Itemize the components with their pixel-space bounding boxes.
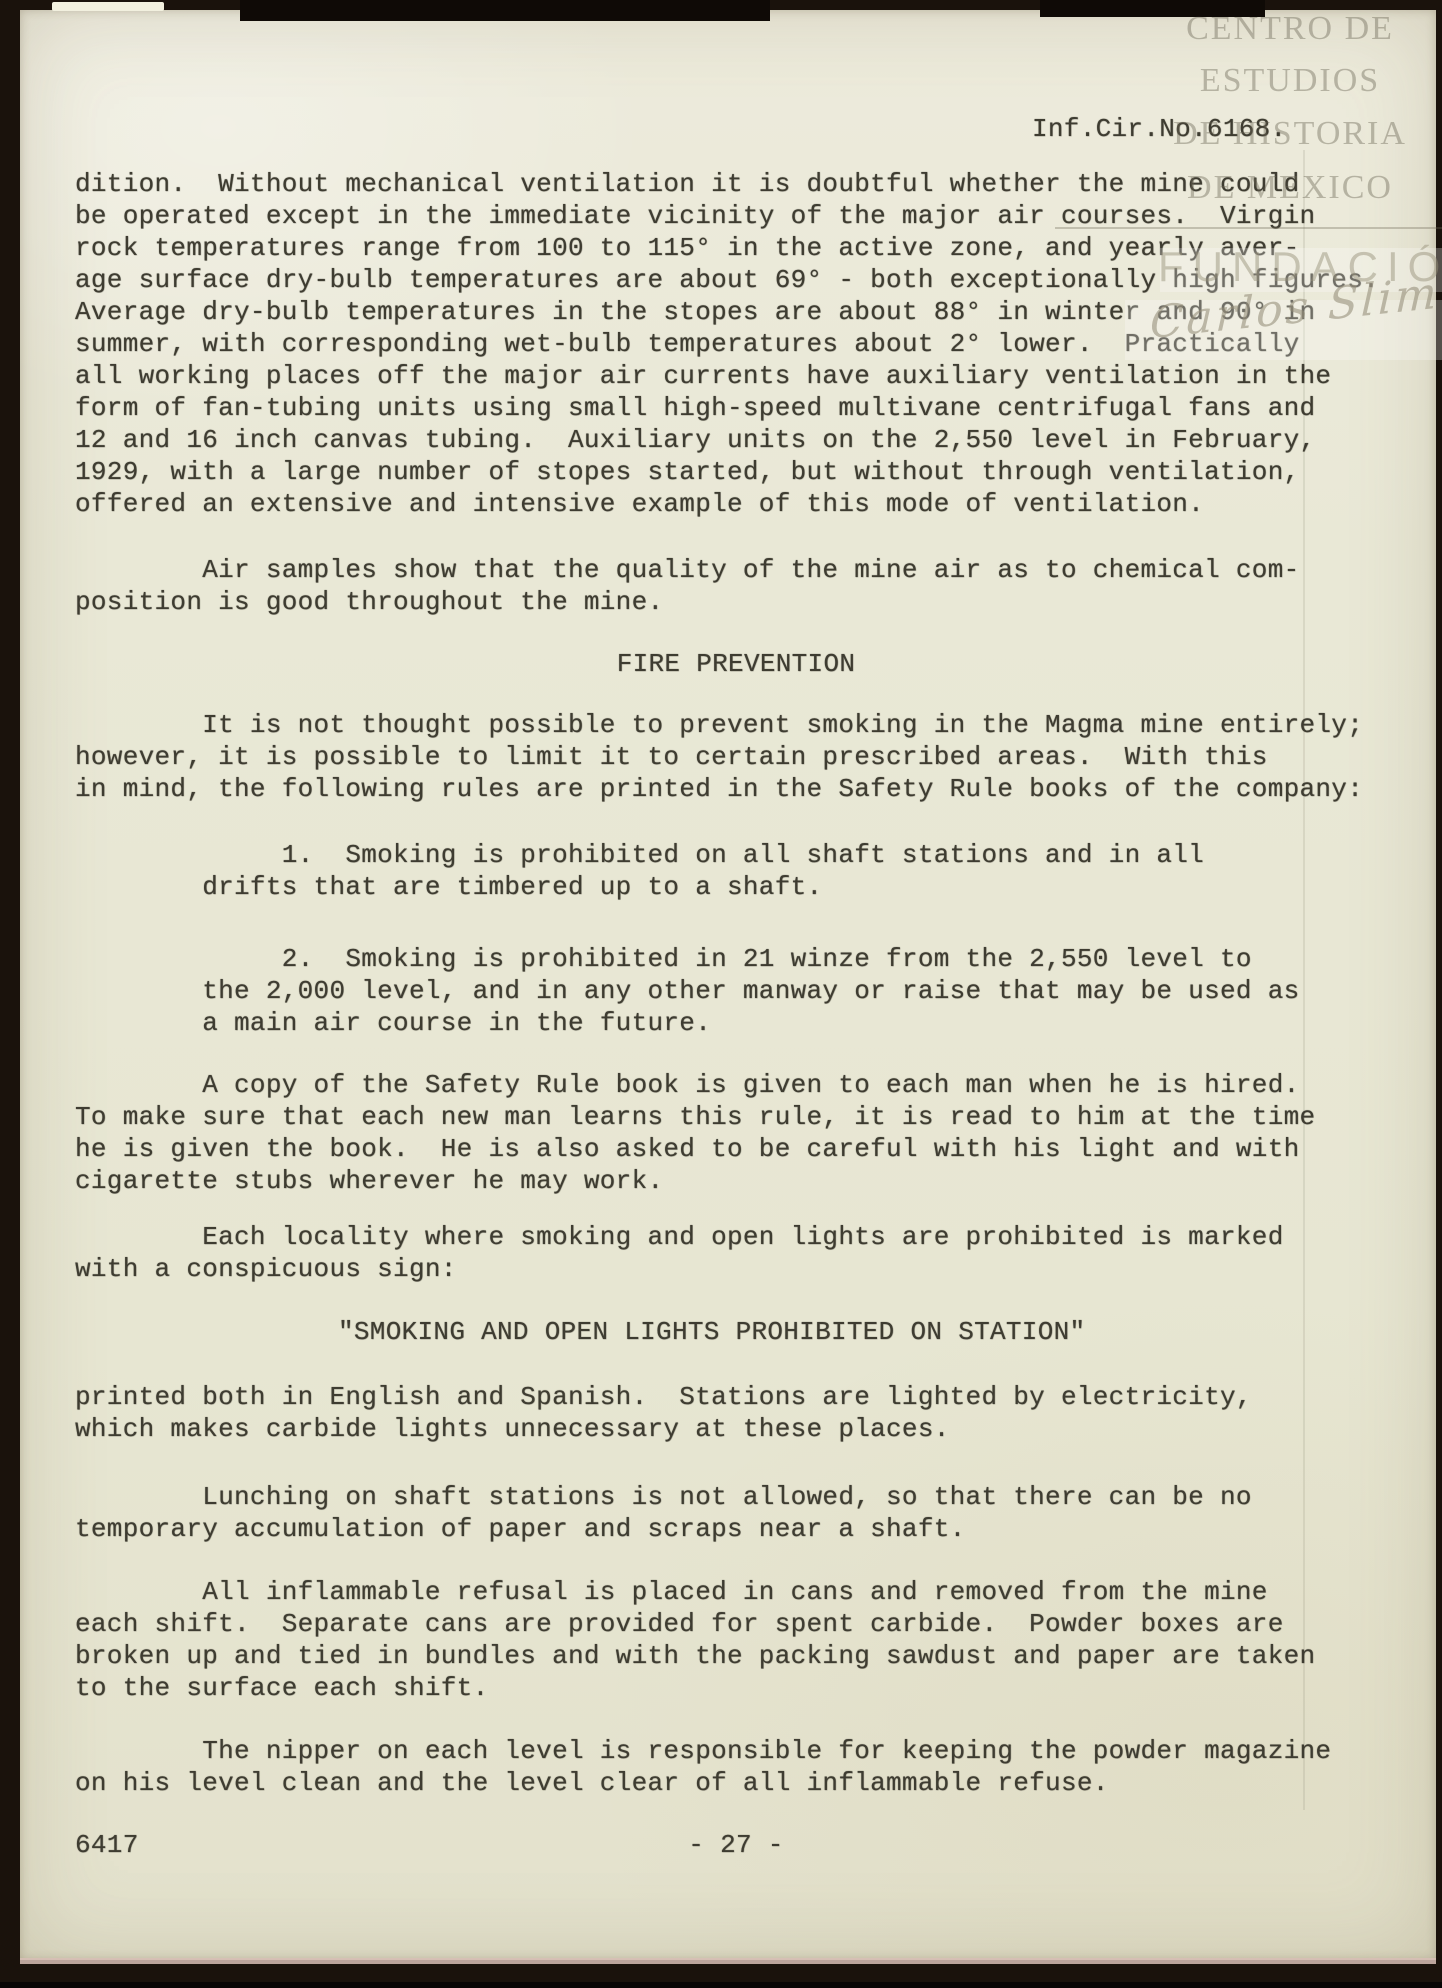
page-number: - 27 - [75, 1829, 1397, 1861]
paragraph-air-samples: Air samples show that the quality of the… [75, 554, 1300, 618]
paragraph-nipper: The nipper on each level is responsible … [75, 1735, 1331, 1799]
rule-1-smoking-shaft-stations: 1. Smoking is prohibited on all shaft st… [75, 839, 1204, 903]
paragraph-smoking-intro: It is not thought possible to prevent sm… [75, 709, 1363, 805]
paragraph-safety-rule-book: A copy of the Safety Rule book is given … [75, 1069, 1315, 1197]
scanned-document: Inf.Cir.No.6168. dition. Without mechani… [0, 0, 1442, 1988]
scan-bottom-border [0, 1982, 1442, 1988]
paper-edge-notch [52, 2, 164, 11]
paragraph-lunching: Lunching on shaft stations is not allowe… [75, 1481, 1252, 1545]
scan-edge-line [20, 1958, 1436, 1964]
watermark-line-3: DE HISTORIA [1110, 115, 1442, 153]
prohibition-sign-text: "SMOKING AND OPEN LIGHTS PROHIBITED ON S… [338, 1316, 1085, 1348]
watermark-line-2: ESTUDIOS [1110, 62, 1442, 100]
paragraph-refuse: All inflammable refusal is placed in can… [75, 1576, 1315, 1704]
watermark-line-4: DE MEXICO [1110, 169, 1442, 207]
section-heading-fire-prevention: FIRE PREVENTION [75, 648, 1397, 680]
watermark-line-1: CENTRO DE [1110, 10, 1442, 48]
paragraph-sign-intro: Each locality where smoking and open lig… [75, 1221, 1284, 1285]
border-shadow-strip [240, 0, 770, 21]
watermark-underline [1055, 227, 1442, 229]
paragraph-sign-languages: printed both in English and Spanish. Sta… [75, 1381, 1252, 1445]
rule-2-smoking-winze: 2. Smoking is prohibited in 21 winze fro… [75, 943, 1300, 1039]
